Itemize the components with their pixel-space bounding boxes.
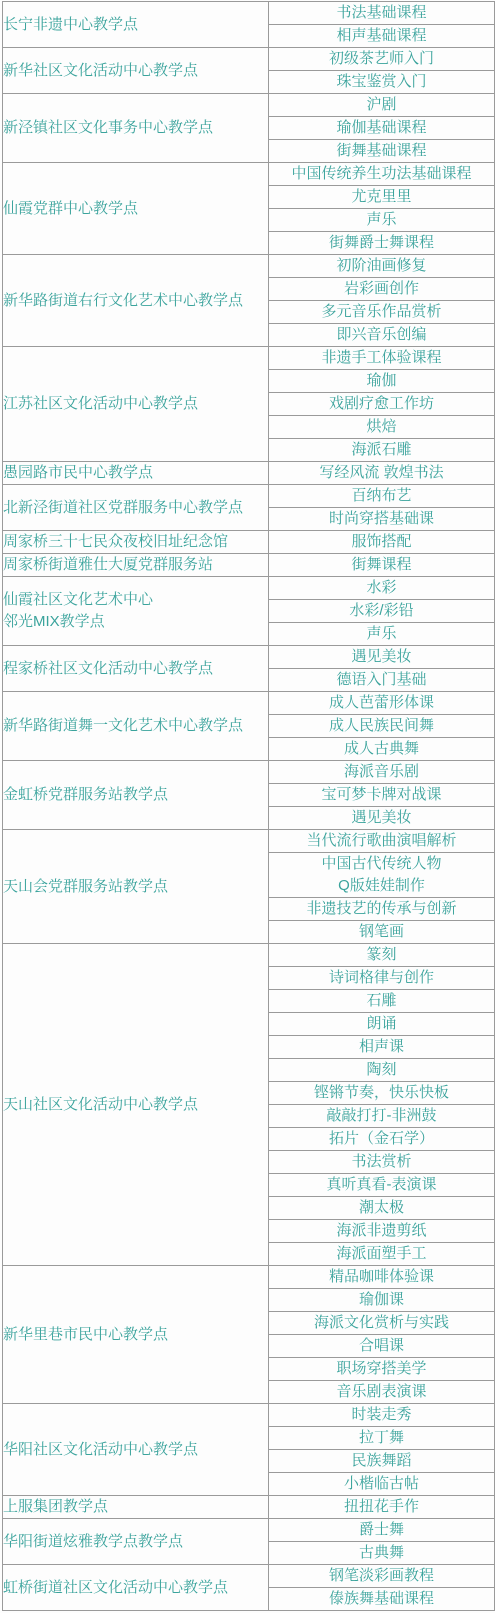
table-row: 虹桥街道社区文化活动中心教学点钢笔淡彩画教程 <box>3 1565 495 1588</box>
teaching-point-cell: 金虹桥党群服务站教学点 <box>3 761 269 830</box>
course-cell: 中国传统养生功法基础课程 <box>269 163 495 186</box>
course-cell: 铿锵节奏，快乐快板 <box>269 1082 495 1105</box>
course-cell: 民族舞蹈 <box>269 1450 495 1473</box>
course-cell: 音乐剧表演课 <box>269 1381 495 1404</box>
course-cell: 海派音乐剧 <box>269 761 495 784</box>
course-cell: 当代流行歌曲演唱解析 <box>269 830 495 853</box>
course-cell: 海派文化赏析与实践 <box>269 1312 495 1335</box>
course-cell: 非遗手工体验课程 <box>269 347 495 370</box>
course-cell: 朗诵 <box>269 1013 495 1036</box>
course-cell: 钢笔淡彩画教程 <box>269 1565 495 1588</box>
course-cell: 真听真看-表演课 <box>269 1174 495 1197</box>
course-cell: 敲敲打打-非洲鼓 <box>269 1105 495 1128</box>
teaching-point-cell: 江苏社区文化活动中心教学点 <box>3 347 269 462</box>
table-row: 新华路街道舞一文化艺术中心教学点成人芭蕾形体课 <box>3 692 495 715</box>
course-cell: 水彩 <box>269 577 495 600</box>
teaching-point-cell: 新华路街道右行文化艺术中心教学点 <box>3 255 269 347</box>
teaching-point-cell: 虹桥街道社区文化活动中心教学点 <box>3 1565 269 1611</box>
course-cell: 珠宝鉴赏入门 <box>269 71 495 94</box>
course-cell: 初级茶艺师入门 <box>269 48 495 71</box>
course-cell: 水彩/彩铅 <box>269 600 495 623</box>
course-cell: 小楷临古帖 <box>269 1473 495 1496</box>
course-cell: 傣族舞基础课程 <box>269 1588 495 1611</box>
course-cell: 尤克里里 <box>269 186 495 209</box>
teaching-point-cell: 愚园路市民中心教学点 <box>3 462 269 485</box>
table-row: 金虹桥党群服务站教学点海派音乐剧 <box>3 761 495 784</box>
table-row: 新华路街道右行文化艺术中心教学点初阶油画修复 <box>3 255 495 278</box>
course-cell: 成人芭蕾形体课 <box>269 692 495 715</box>
course-cell: 书法基础课程 <box>269 2 495 25</box>
course-cell: 爵士舞 <box>269 1519 495 1542</box>
course-cell: 书法赏析 <box>269 1151 495 1174</box>
teaching-point-cell: 新泾镇社区文化事务中心教学点 <box>3 94 269 163</box>
course-cell: 遇见美妆 <box>269 646 495 669</box>
teaching-point-cell: 上服集团教学点 <box>3 1496 269 1519</box>
teaching-point-cell: 华阳街道炫雅教学点教学点 <box>3 1519 269 1565</box>
course-cell: 声乐 <box>269 623 495 646</box>
teaching-point-cell: 仙霞党群中心教学点 <box>3 163 269 255</box>
course-cell: 德语入门基础 <box>269 669 495 692</box>
table-row: 北新泾街道社区党群服务中心教学点百纳布艺 <box>3 485 495 508</box>
course-cell: 百纳布艺 <box>269 485 495 508</box>
page: 长宁非遗中心教学点书法基础课程相声基础课程新华社区文化活动中心教学点初级茶艺师入… <box>0 0 495 1613</box>
course-cell: 声乐 <box>269 209 495 232</box>
course-cell: 烘焙 <box>269 416 495 439</box>
table-row: 长宁非遗中心教学点书法基础课程 <box>3 2 495 25</box>
course-cell: 中国古代传统人物 Q版娃娃制作 <box>269 853 495 898</box>
course-cell: 拓片（金石学） <box>269 1128 495 1151</box>
course-cell: 职场穿搭美学 <box>269 1358 495 1381</box>
course-cell: 遇见美妆 <box>269 807 495 830</box>
course-cell: 沪剧 <box>269 94 495 117</box>
table-row: 仙霞党群中心教学点中国传统养生功法基础课程 <box>3 163 495 186</box>
table-row: 天山会党群服务站教学点当代流行歌曲演唱解析 <box>3 830 495 853</box>
course-cell: 陶刻 <box>269 1059 495 1082</box>
teaching-point-cell: 程家桥社区文化活动中心教学点 <box>3 646 269 692</box>
course-cell: 扭扭花手作 <box>269 1496 495 1519</box>
course-cell: 街舞基础课程 <box>269 140 495 163</box>
course-cell: 街舞爵士舞课程 <box>269 232 495 255</box>
course-cell: 岩彩画创作 <box>269 278 495 301</box>
table-row: 新华社区文化活动中心教学点初级茶艺师入门 <box>3 48 495 71</box>
course-cell: 石雕 <box>269 990 495 1013</box>
course-cell: 相声基础课程 <box>269 25 495 48</box>
table-row: 天山社区文化活动中心教学点篆刻 <box>3 944 495 967</box>
teaching-point-cell: 新华里巷市民中心教学点 <box>3 1266 269 1404</box>
course-cell: 钢笔画 <box>269 921 495 944</box>
course-cell: 瑜伽基础课程 <box>269 117 495 140</box>
teaching-point-cell: 北新泾街道社区党群服务中心教学点 <box>3 485 269 531</box>
course-cell: 精品咖啡体验课 <box>269 1266 495 1289</box>
table-row: 新华里巷市民中心教学点精品咖啡体验课 <box>3 1266 495 1289</box>
table-row: 愚园路市民中心教学点写经风流 敦煌书法 <box>3 462 495 485</box>
course-cell: 初阶油画修复 <box>269 255 495 278</box>
course-cell: 潮太极 <box>269 1197 495 1220</box>
table-row: 周家桥三十七民众夜校旧址纪念馆服饰搭配 <box>3 531 495 554</box>
table-row: 华阳街道炫雅教学点教学点爵士舞 <box>3 1519 495 1542</box>
course-cell: 即兴音乐创编 <box>269 324 495 347</box>
course-cell: 宝可梦卡牌对战课 <box>269 784 495 807</box>
course-cell: 合唱课 <box>269 1335 495 1358</box>
course-cell: 成人古典舞 <box>269 738 495 761</box>
course-cell: 非遗技艺的传承与创新 <box>269 898 495 921</box>
table-row: 仙霞社区文化艺术中心 邻光MIX教学点水彩 <box>3 577 495 600</box>
teaching-point-cell: 天山社区文化活动中心教学点 <box>3 944 269 1266</box>
course-cell: 街舞课程 <box>269 554 495 577</box>
teaching-point-cell: 华阳社区文化活动中心教学点 <box>3 1404 269 1496</box>
course-cell: 篆刻 <box>269 944 495 967</box>
teaching-point-cell: 长宁非遗中心教学点 <box>3 2 269 48</box>
course-cell: 瑜伽课 <box>269 1289 495 1312</box>
teaching-point-cell: 天山会党群服务站教学点 <box>3 830 269 944</box>
course-cell: 海派面塑手工 <box>269 1243 495 1266</box>
course-cell: 时尚穿搭基础课 <box>269 508 495 531</box>
teaching-point-cell: 周家桥三十七民众夜校旧址纪念馆 <box>3 531 269 554</box>
course-cell: 写经风流 敦煌书法 <box>269 462 495 485</box>
course-cell: 海派非遗剪纸 <box>269 1220 495 1243</box>
course-table-body: 长宁非遗中心教学点书法基础课程相声基础课程新华社区文化活动中心教学点初级茶艺师入… <box>3 2 495 1611</box>
course-cell: 戏剧疗愈工作坊 <box>269 393 495 416</box>
teaching-point-cell: 新华路街道舞一文化艺术中心教学点 <box>3 692 269 761</box>
teaching-point-cell: 新华社区文化活动中心教学点 <box>3 48 269 94</box>
teaching-point-cell: 仙霞社区文化艺术中心 邻光MIX教学点 <box>3 577 269 646</box>
teaching-point-cell: 周家桥街道雅仕大厦党群服务站 <box>3 554 269 577</box>
course-cell: 时装走秀 <box>269 1404 495 1427</box>
course-cell: 瑜伽 <box>269 370 495 393</box>
table-row: 江苏社区文化活动中心教学点非遗手工体验课程 <box>3 347 495 370</box>
table-row: 上服集团教学点扭扭花手作 <box>3 1496 495 1519</box>
course-cell: 相声课 <box>269 1036 495 1059</box>
course-cell: 诗词格律与创作 <box>269 967 495 990</box>
table-row: 程家桥社区文化活动中心教学点遇见美妆 <box>3 646 495 669</box>
course-table: 长宁非遗中心教学点书法基础课程相声基础课程新华社区文化活动中心教学点初级茶艺师入… <box>2 1 495 1611</box>
course-cell: 服饰搭配 <box>269 531 495 554</box>
course-cell: 古典舞 <box>269 1542 495 1565</box>
table-row: 新泾镇社区文化事务中心教学点沪剧 <box>3 94 495 117</box>
table-row: 周家桥街道雅仕大厦党群服务站街舞课程 <box>3 554 495 577</box>
course-cell: 拉丁舞 <box>269 1427 495 1450</box>
course-cell: 多元音乐作品赏析 <box>269 301 495 324</box>
course-cell: 海派石雕 <box>269 439 495 462</box>
course-cell: 成人民族民间舞 <box>269 715 495 738</box>
table-row: 华阳社区文化活动中心教学点时装走秀 <box>3 1404 495 1427</box>
